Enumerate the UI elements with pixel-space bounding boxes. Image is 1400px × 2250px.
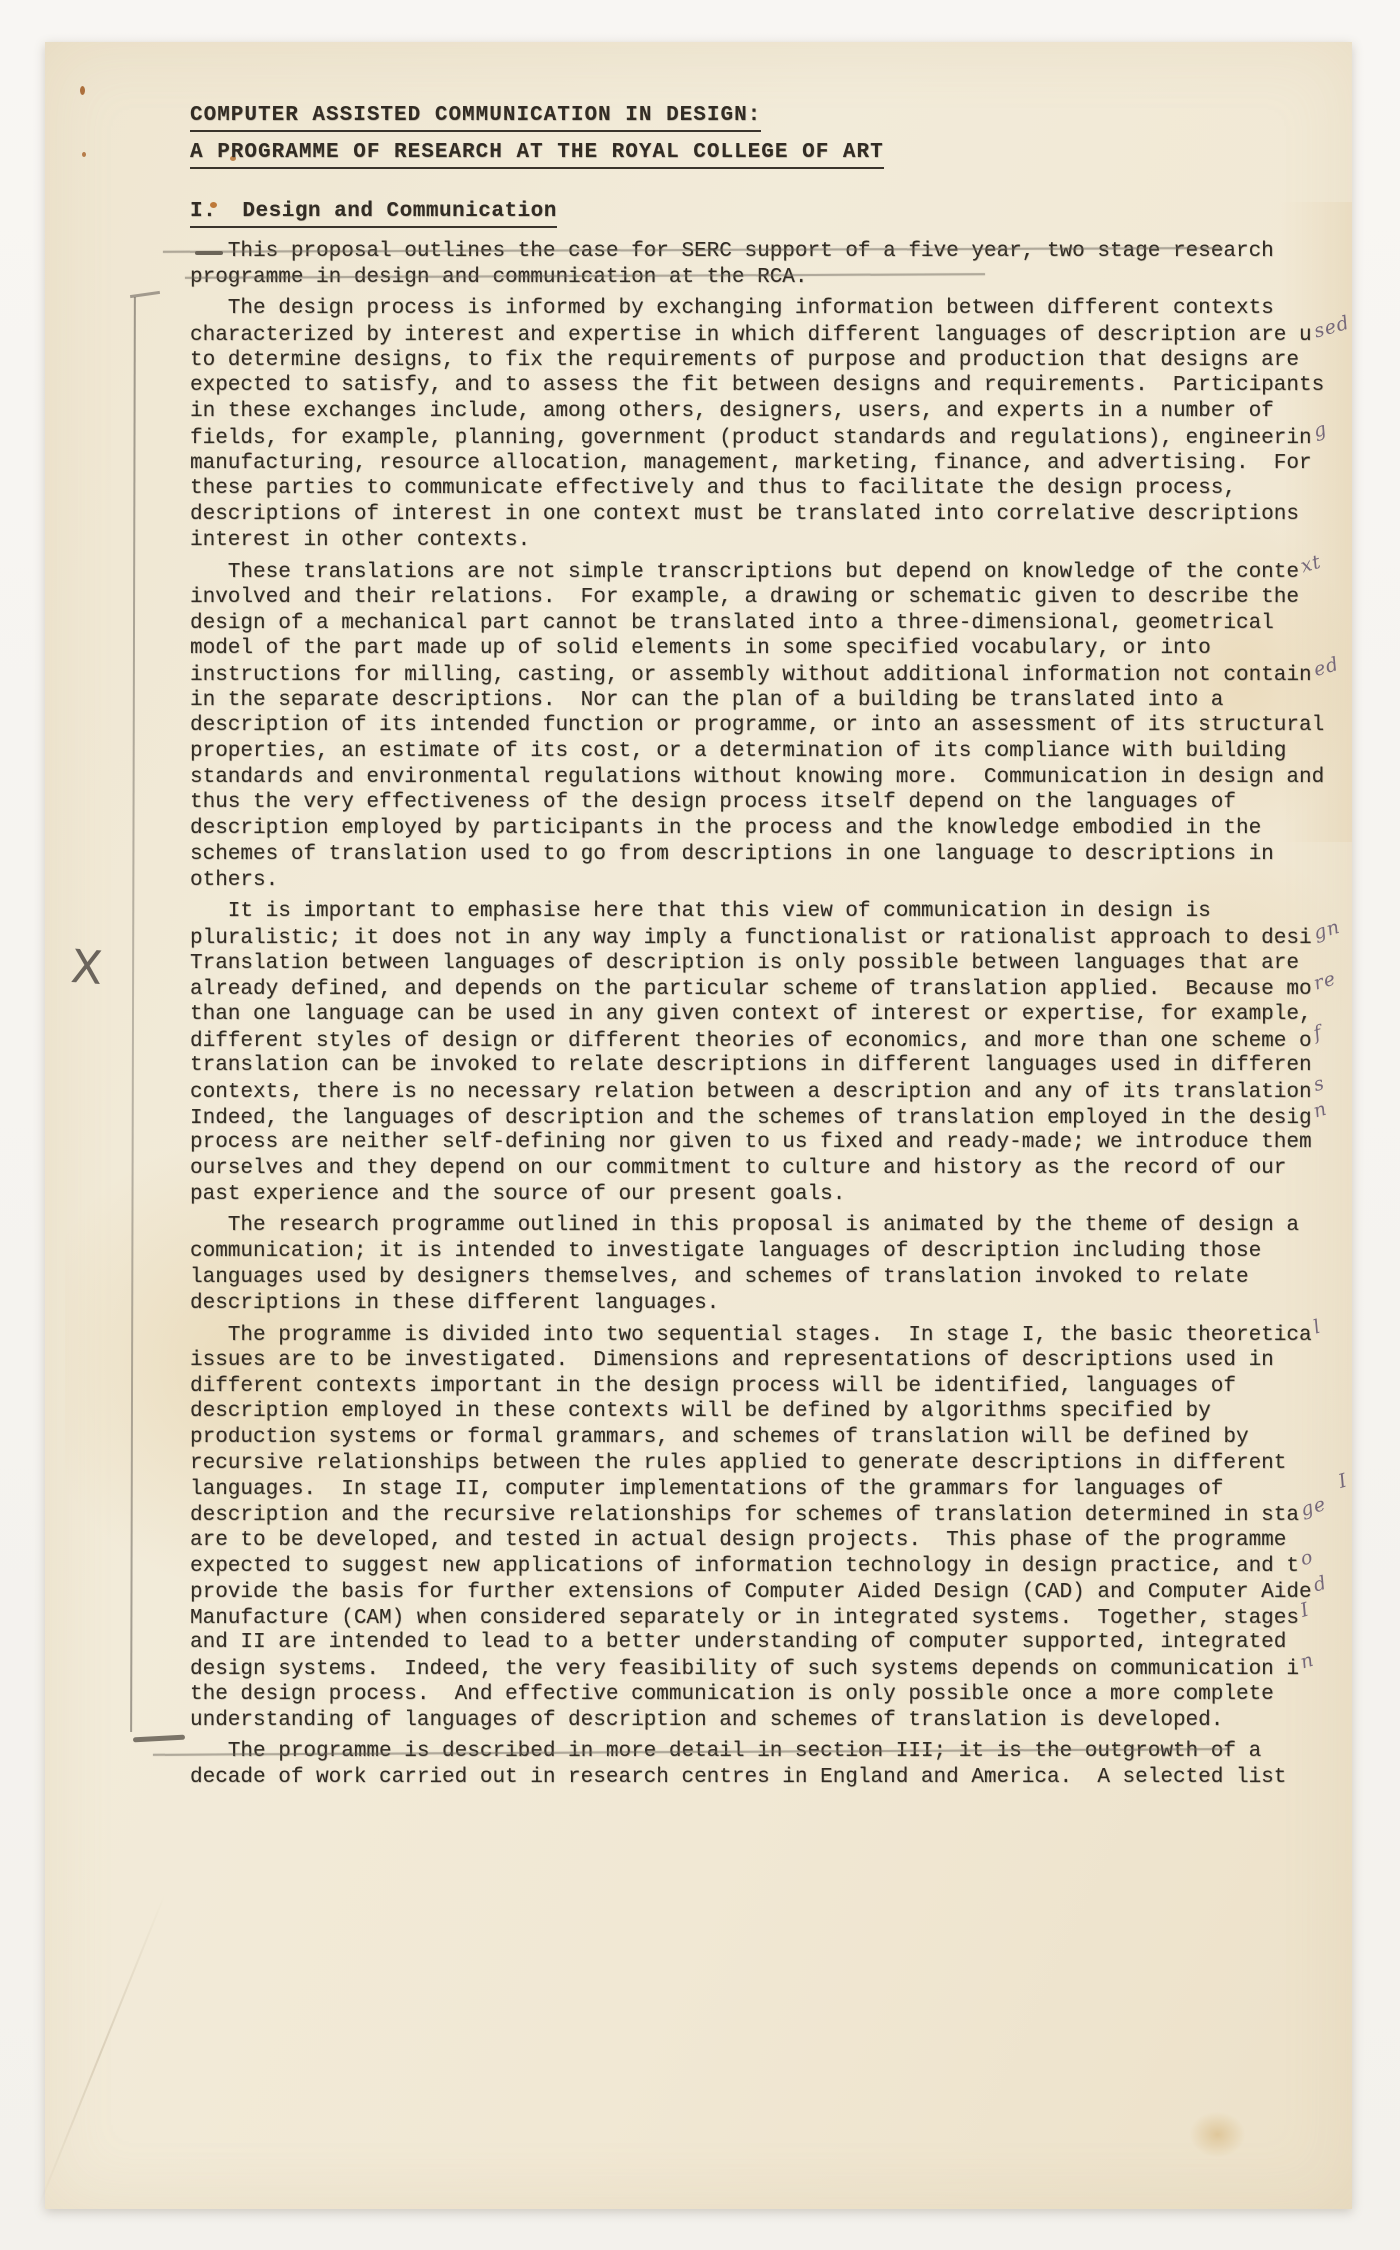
text-line: production systems or formal grammars, a… xyxy=(190,1425,1375,1451)
text-line: process are neither self-defining nor gi… xyxy=(190,1130,1375,1156)
document-body: This proposal outlines the case for SERC… xyxy=(190,239,1375,1797)
text-line: ourselves and they depend on our commitm… xyxy=(190,1156,1375,1182)
text-line: description employed by participants in … xyxy=(190,816,1375,842)
paragraph: These translations are not simple transc… xyxy=(190,559,1375,893)
pencil-margin-line-tick xyxy=(130,291,160,298)
text-line: languages. In stage II, computer impleme… xyxy=(190,1476,1375,1502)
text-line: Manufacture (CAM) when considered separa… xyxy=(190,1605,1375,1631)
document-title-line2: A PROGRAMME OF RESEARCH AT THE ROYAL COL… xyxy=(190,141,884,169)
scan-background: COMPUTER ASSISTED COMMUNICATION IN DESIG… xyxy=(0,0,1400,2250)
text-line: the design process. And effective commun… xyxy=(190,1682,1375,1708)
text-line: These translations are not simple transc… xyxy=(190,559,1375,585)
text-line: The programme is divided into two sequen… xyxy=(190,1322,1375,1348)
text-line: The research programme outlined in this … xyxy=(190,1213,1375,1239)
text-line: thus the very effectiveness of the desig… xyxy=(190,790,1375,816)
text-line: properties, an estimate of its cost, or … xyxy=(190,739,1375,765)
text-line: instructions for milling, casting, or as… xyxy=(190,662,1375,688)
stain xyxy=(1190,2112,1245,2157)
text-line: expected to suggest new applications of … xyxy=(190,1553,1375,1579)
text-line: issues are to be investigated. Dimension… xyxy=(190,1348,1375,1374)
paper-crease xyxy=(36,1894,165,2210)
text-line: in these exchanges include, among others… xyxy=(190,399,1375,425)
text-line: Indeed, the languages of description and… xyxy=(190,1105,1375,1131)
text-line: these parties to communicate effectively… xyxy=(190,476,1375,502)
pencil-dash-mark xyxy=(133,1735,185,1743)
text-line: others. xyxy=(190,868,1375,894)
text-line: and II are intended to lead to a better … xyxy=(190,1630,1375,1656)
text-line: characterized by interest and expertise … xyxy=(190,322,1375,348)
text-line: standards and environmental regulations … xyxy=(190,765,1375,791)
paragraph: The programme is divided into two sequen… xyxy=(190,1322,1375,1733)
text-line: in the separate descriptions. Nor can th… xyxy=(190,688,1375,714)
text-line: are to be developed, and tested in actua… xyxy=(190,1528,1375,1554)
pencil-x-mark: X xyxy=(69,939,104,995)
text-line: recursive relationships between the rule… xyxy=(190,1451,1375,1477)
text-line: languages used by designers themselves, … xyxy=(190,1265,1375,1291)
text-line: descriptions of interest in one context … xyxy=(190,502,1375,528)
paragraph: The research programme outlined in this … xyxy=(190,1213,1375,1316)
text-line: contexts, there is no necessary relation… xyxy=(190,1079,1375,1105)
pencil-dash-mark xyxy=(195,251,223,255)
pencil-annotation: l xyxy=(1310,1315,1324,1342)
text-line: The design process is informed by exchan… xyxy=(190,296,1375,322)
text-line: than one language can be used in any giv… xyxy=(190,1002,1375,1028)
text-line: interest in other contexts. xyxy=(190,528,1375,554)
text-line: decade of work carried out in research c… xyxy=(190,1765,1375,1791)
text-line: model of the part made up of solid eleme… xyxy=(190,636,1375,662)
text-line: manufacturing, resource allocation, mana… xyxy=(190,451,1375,477)
paragraph: The design process is informed by exchan… xyxy=(190,296,1375,553)
text-line: expected to satisfy, and to assess the f… xyxy=(190,373,1375,399)
text-line: communication; it is intended to investi… xyxy=(190,1239,1375,1265)
text-line: provide the basis for further extensions… xyxy=(190,1579,1375,1605)
text-line: Translation between languages of descrip… xyxy=(190,951,1375,977)
text-line: description employed in these contexts w… xyxy=(190,1399,1375,1425)
text-line: already defined, and depends on the part… xyxy=(190,976,1375,1002)
text-line: to determine designs, to fix the require… xyxy=(190,348,1375,374)
pencil-annotation: xt xyxy=(1298,550,1325,580)
text-line: involved and their relations. For exampl… xyxy=(190,585,1375,611)
rust-speck xyxy=(82,152,86,157)
text-line: translation can be invoked to relate des… xyxy=(190,1053,1375,1079)
rust-speck xyxy=(80,86,85,95)
text-line: different contexts important in the desi… xyxy=(190,1374,1375,1400)
text-line: past experience and the source of our pr… xyxy=(190,1182,1375,1208)
text-line: different styles of design or different … xyxy=(190,1028,1375,1054)
text-line: schemes of translation used to go from d… xyxy=(190,842,1375,868)
document-page: COMPUTER ASSISTED COMMUNICATION IN DESIG… xyxy=(45,42,1352,2209)
text-line: It is important to emphasise here that t… xyxy=(190,899,1375,925)
paragraph: The programme is described in more detai… xyxy=(190,1739,1375,1790)
text-line: design systems. Indeed, the very feasibi… xyxy=(190,1656,1375,1682)
paragraph: It is important to emphasise here that t… xyxy=(190,899,1375,1207)
text-line: description and the recursive relationsh… xyxy=(190,1502,1375,1528)
text-line: fields, for example, planning, governmen… xyxy=(190,425,1375,451)
text-line: design of a mechanical part cannot be tr… xyxy=(190,611,1375,637)
document-title-line1: COMPUTER ASSISTED COMMUNICATION IN DESIG… xyxy=(190,104,761,132)
text-line: descriptions in these different language… xyxy=(190,1291,1375,1317)
text-line: pluralistic; it does not in any way impl… xyxy=(190,925,1375,951)
text-line: description of its intended function or … xyxy=(190,713,1375,739)
section-heading: I. Design and Communication xyxy=(190,200,557,228)
text-line: understanding of languages of descriptio… xyxy=(190,1708,1375,1734)
pencil-margin-line xyxy=(130,297,136,1732)
